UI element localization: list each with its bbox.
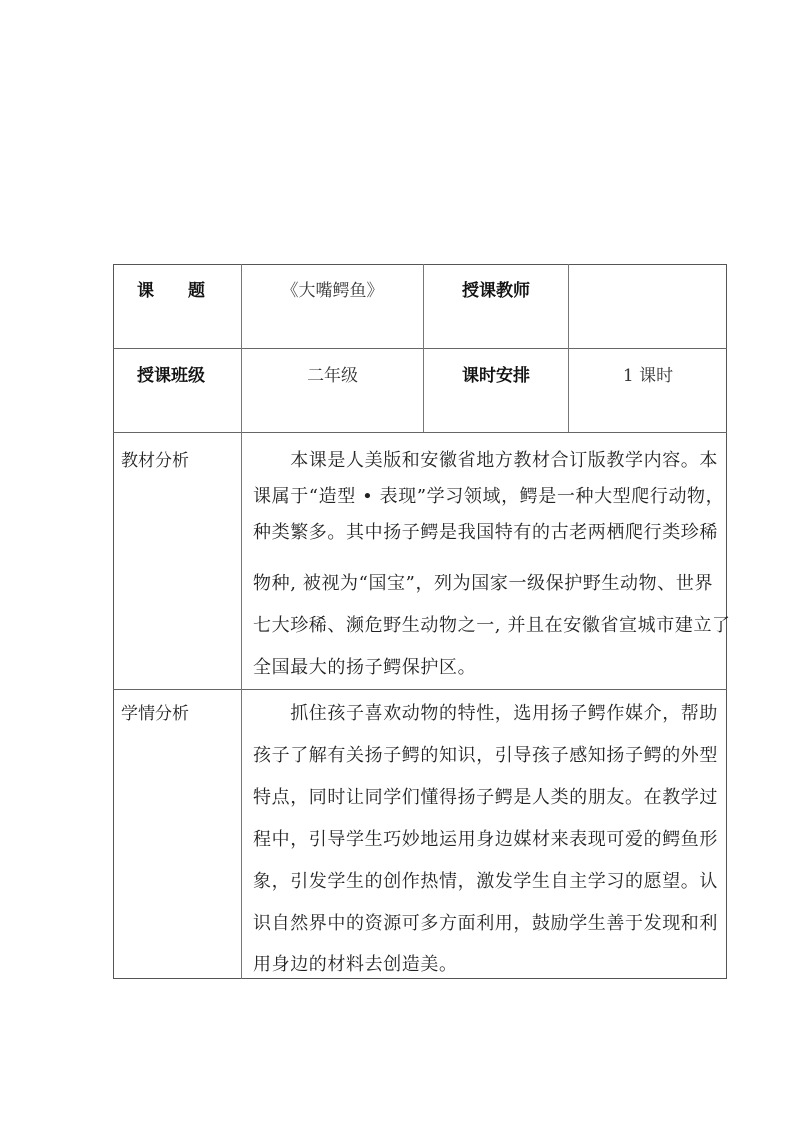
- document-page: 课 题 《大嘴鳄鱼》 授课教师 授课班级 二年级 课时安排 1 课时 教材分析 …: [0, 0, 800, 1131]
- text-line: 物种, 被视为“国宝”，列为国家一级保护野生动物、世界: [253, 569, 713, 595]
- lesson-title-label: 课 题: [137, 276, 205, 301]
- hours-label: 课时安排: [424, 361, 568, 386]
- row-divider-2: [113, 432, 727, 433]
- text-line: 象，引发学生的创作热情，激发学生自主学习的愿望。认: [253, 867, 718, 893]
- text-line: 抓住孩子喜欢动物的特性，选用扬子鳄作媒介，帮助: [253, 699, 718, 725]
- text-line: 全国最大的扬子鳄保护区。: [253, 653, 476, 679]
- text-line: 识自然界中的资源可多方面利用，鼓励学生善于发现和利: [253, 909, 718, 935]
- teacher-label: 授课教师: [424, 276, 568, 301]
- student-analysis-label: 学情分析: [121, 699, 189, 724]
- row-divider-1: [113, 348, 727, 349]
- text-line: 程中，引导学生巧妙地运用身边媒材来表现可爱的鳄鱼形: [253, 825, 718, 851]
- text-line: 课属于“造型 • 表现”学习领域，鳄是一种大型爬行动物，: [253, 482, 724, 508]
- text-line: 种类繁多。其中扬子鳄是我国特有的古老两栖爬行类珍稀: [253, 518, 718, 544]
- class-label: 授课班级: [137, 361, 205, 386]
- row-divider-3: [113, 689, 727, 690]
- textbook-analysis-label: 教材分析: [121, 446, 189, 471]
- text-line: 七大珍稀、濒危野生动物之一, 并且在安徽省宣城市建立了: [253, 611, 731, 637]
- text-line: 特点，同时让同学们懂得扬子鳄是人类的朋友。在教学过: [253, 783, 718, 809]
- col-divider-3: [568, 264, 569, 432]
- text-line: 孩子了解有关扬子鳄的知识，引导孩子感知扬子鳄的外型: [253, 741, 718, 767]
- text-line: 用身边的材料去创造美。: [253, 950, 458, 976]
- text-line: 本课是人美版和安徽省地方教材合订版教学内容。本: [253, 446, 718, 472]
- class-value: 二年级: [242, 361, 423, 386]
- lesson-title-value: 《大嘴鳄鱼》: [242, 276, 423, 301]
- hours-value: 1 课时: [569, 361, 727, 386]
